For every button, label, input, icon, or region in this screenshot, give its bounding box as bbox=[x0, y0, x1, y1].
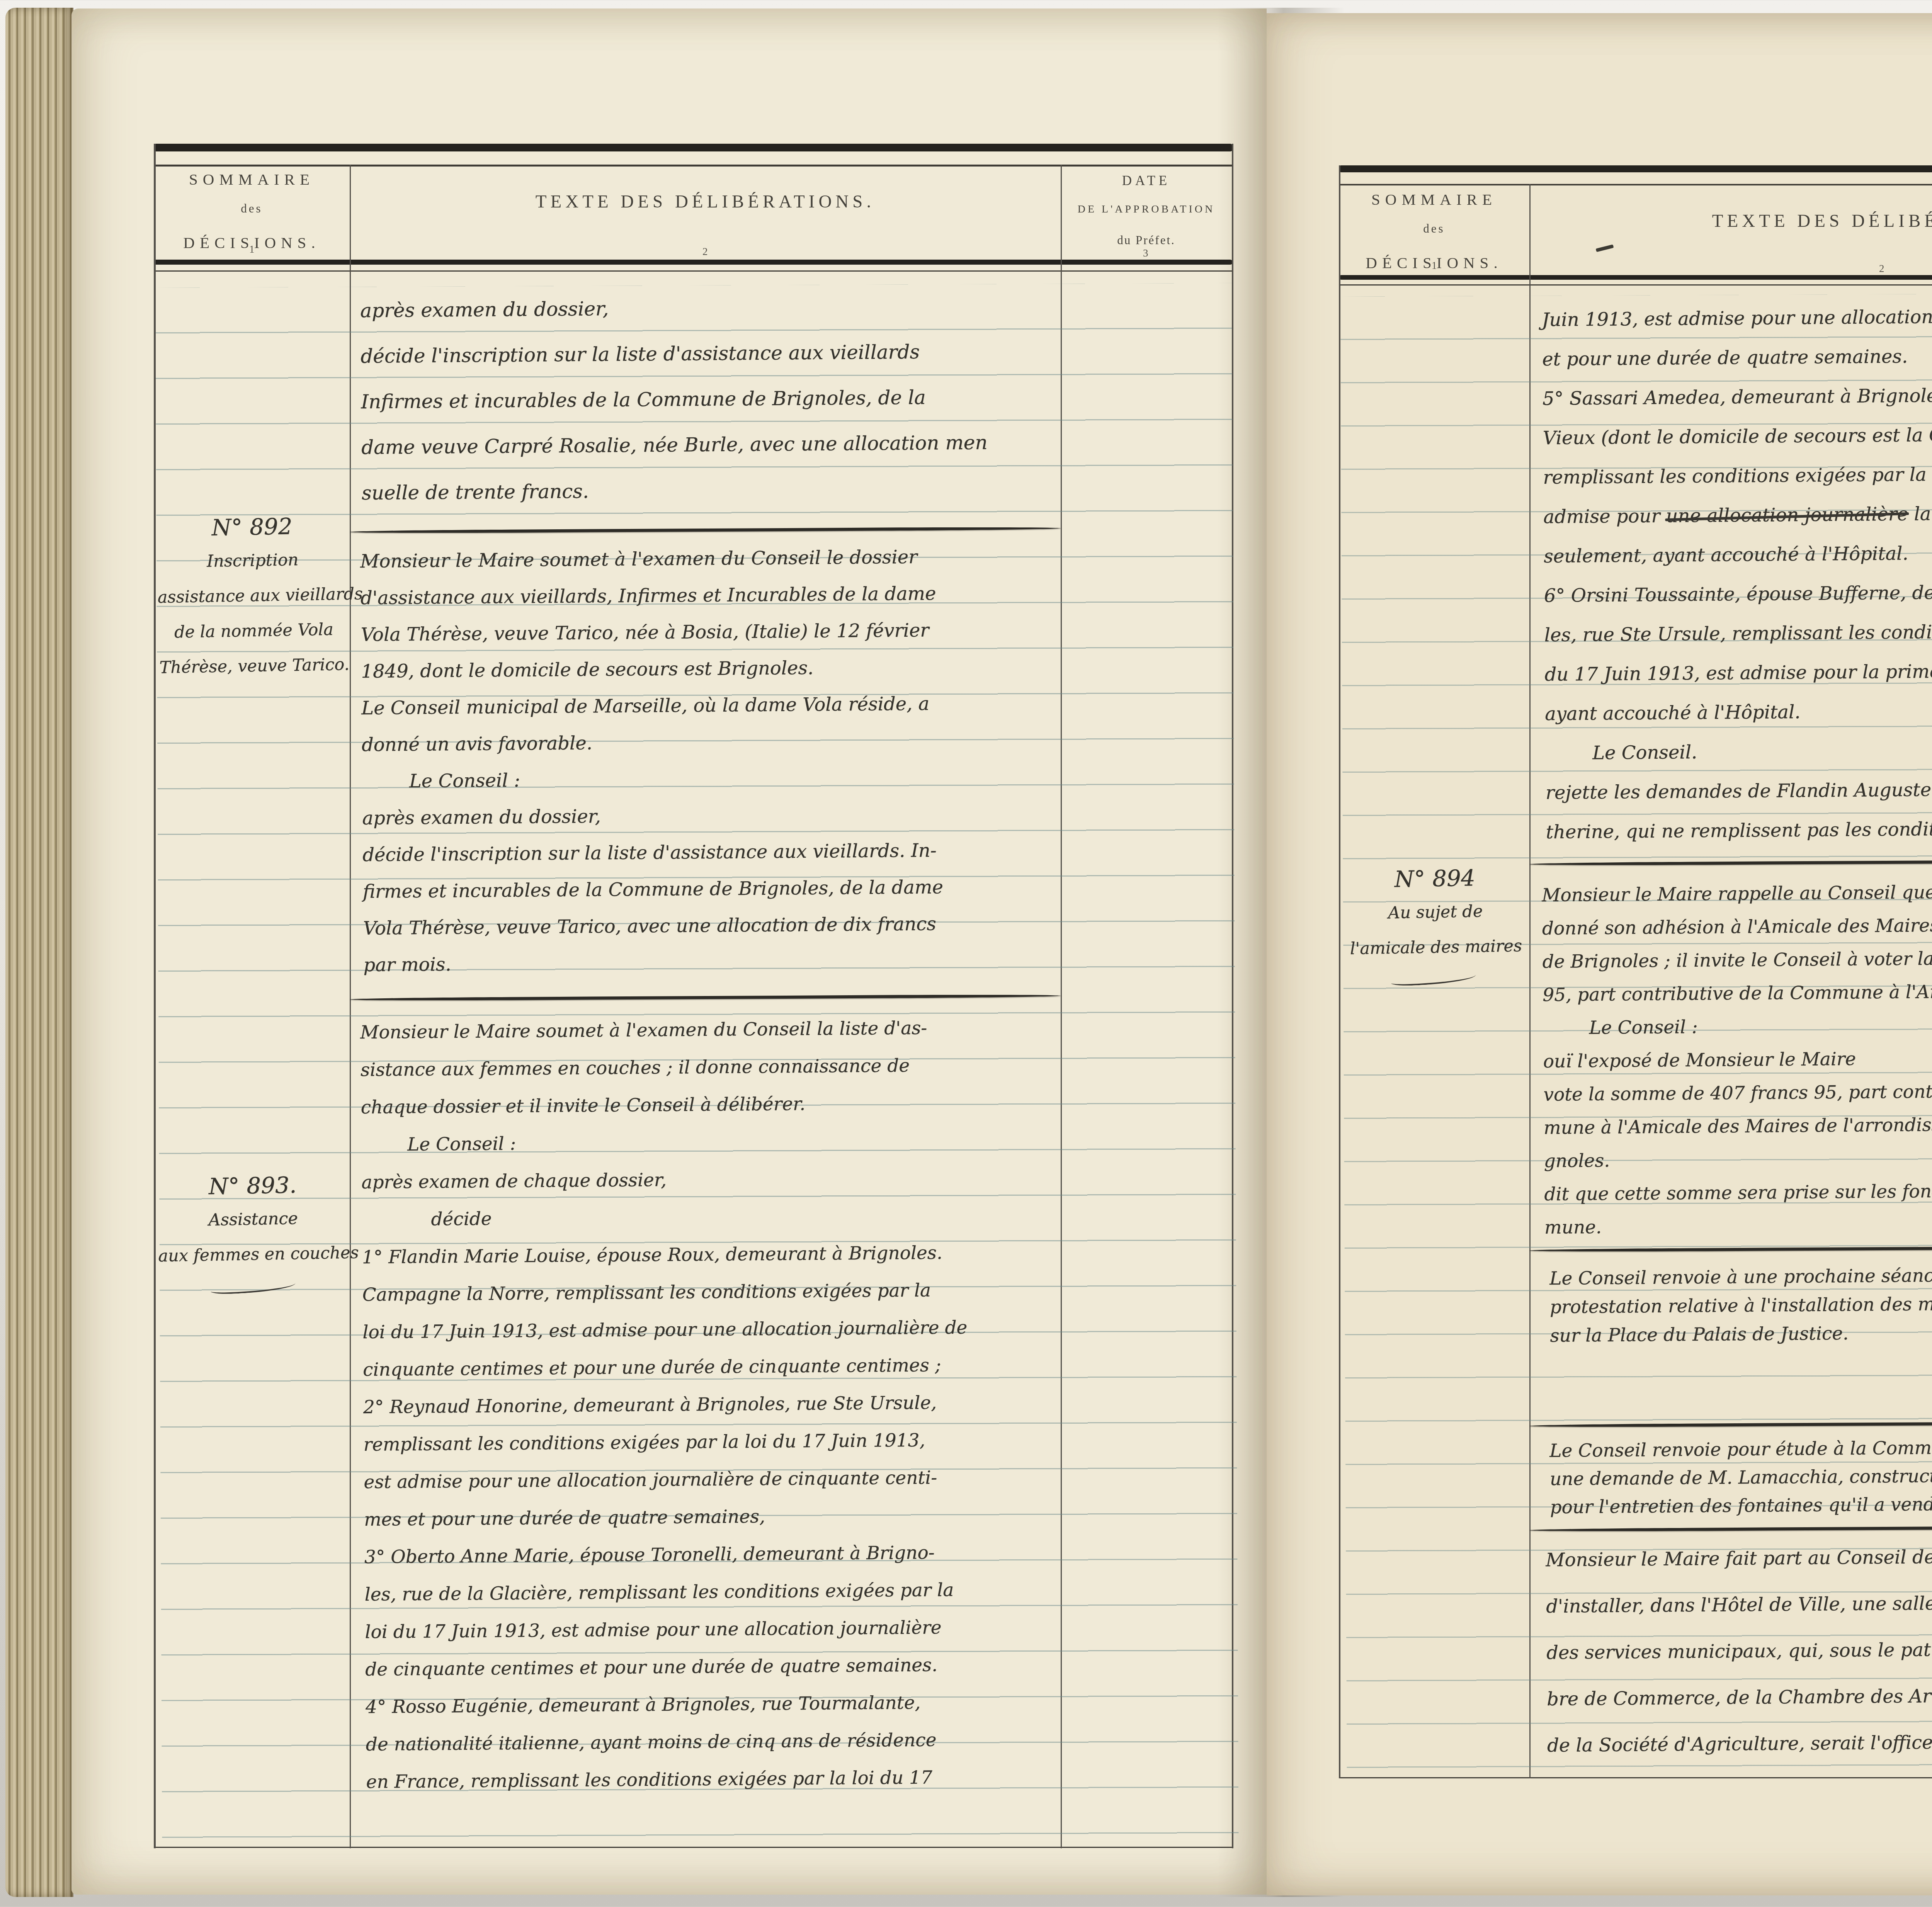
printed-header-line: DATE bbox=[1061, 173, 1232, 203]
handwritten-line: Monsieur le Maire soumet à l'examen du C… bbox=[360, 545, 1056, 587]
handwritten-line: bre de Commerce, de la Chambre des Arts … bbox=[1547, 1683, 1932, 1735]
handwritten-line: une demande de M. Lamacchia, constructeu… bbox=[1550, 1463, 1932, 1497]
handwritten-line: sistance aux femmes en couches ; il donn… bbox=[361, 1054, 1056, 1097]
handwritten-line: mes et pour une durée de quatre semaines… bbox=[364, 1504, 1060, 1547]
margin-note-line: Au sujet de bbox=[1341, 901, 1530, 939]
handwritten-line: remplissant les conditions exigées par l… bbox=[1543, 461, 1932, 506]
handwritten-line: décide bbox=[362, 1204, 1058, 1247]
handwritten-line: Le Conseil municipal de Marseille, où la… bbox=[361, 692, 1057, 734]
register-scan: SOMMAIREdesDÉCISIONS. TEXTE DES DÉLIBÉRA… bbox=[0, 0, 1932, 1907]
deliberation-text-block: Monsieur le Maire soumet à l'examen du C… bbox=[360, 545, 1059, 991]
handwritten-line: chaque dossier et il invite le Conseil à… bbox=[361, 1091, 1057, 1134]
handwritten-line: de Brignoles ; il invite le Conseil à vo… bbox=[1542, 946, 1932, 984]
handwritten-line: 6° Orsini Toussainte, épouse Bufferne, d… bbox=[1544, 580, 1932, 624]
handwritten-line: après examen du dossier, bbox=[360, 294, 1056, 345]
margin-note-line: N° 894 bbox=[1341, 864, 1529, 904]
handwritten-line: 2° Reynaud Honorine, demeurant à Brignol… bbox=[363, 1391, 1059, 1434]
handwritten-line: dit que cette somme sera prise sur les f… bbox=[1544, 1178, 1932, 1217]
handwritten-line: Juin 1913, est admise pour une allocatio… bbox=[1542, 304, 1932, 348]
handwritten-line: mune à l'Amicale des Maires de l'arrondi… bbox=[1544, 1112, 1932, 1151]
handwritten-line: 3° Oberto Anne Marie, épouse Toronelli, … bbox=[364, 1541, 1060, 1584]
handwritten-line: Monsieur le Maire rappelle au Conseil qu… bbox=[1542, 879, 1932, 918]
struck-text: une allocation journalière bbox=[1666, 503, 1908, 527]
handwritten-line: seulement, ayant accouché à l'Hôpital. bbox=[1544, 540, 1932, 585]
handwritten-line: de la Société d'Agriculture, serait l'of… bbox=[1547, 1729, 1932, 1781]
table-bottom-rule-left bbox=[154, 1847, 1233, 1848]
handwritten-line: Vieux (dont le domicile de secours est l… bbox=[1543, 422, 1932, 467]
handwritten-line: Le Conseil. bbox=[1545, 737, 1932, 782]
handwritten-line: dame veuve Carpré Rosalie, née Burle, av… bbox=[361, 431, 1057, 482]
handwritten-line: les, rue Ste Ursule, remplissant les con… bbox=[1544, 619, 1932, 664]
printed-header-line: DE L'APPROBATION bbox=[1061, 203, 1232, 233]
handwritten-line: Monsieur le Maire fait part au Conseil d… bbox=[1546, 1544, 1932, 1596]
printed-header-line: des bbox=[154, 202, 350, 233]
handwritten-line: rejette les demandes de Flandin Auguste … bbox=[1546, 777, 1932, 821]
printed-header-line: SOMMAIRE bbox=[154, 170, 350, 202]
handwritten-line: après examen du dossier, bbox=[362, 802, 1058, 844]
column-number: 1 bbox=[1432, 260, 1437, 272]
margin-note-line: aux femmes en couches bbox=[158, 1243, 350, 1282]
header-texte-left: TEXTE DES DÉLIBÉRATIONS. bbox=[350, 191, 1061, 212]
handwritten-line: Le Conseil : bbox=[1543, 1012, 1932, 1051]
handwritten-line: du 17 Juin 1913, est admise pour la prim… bbox=[1544, 658, 1932, 703]
handwritten-line: pour l'entretien des fontaines qu'il a v… bbox=[1550, 1491, 1932, 1525]
handwritten-line: en France, remplissant les conditions ex… bbox=[366, 1766, 1062, 1809]
deliberation-text-block: après examen du dossier,décide l'inscrip… bbox=[360, 294, 1058, 527]
deliberation-text-block: Monsieur le Maire rappelle au Conseil qu… bbox=[1542, 879, 1932, 1250]
handwritten-line: vote la somme de 407 francs 95, part con… bbox=[1543, 1079, 1932, 1117]
handwritten-line: d'installer, dans l'Hôtel de Ville, une … bbox=[1546, 1590, 1932, 1642]
handwritten-line: les, rue de la Glacière, remplissant les… bbox=[364, 1579, 1060, 1621]
table-border-left bbox=[154, 144, 156, 1848]
book-page-edges bbox=[5, 8, 73, 1897]
margin-note-line: N° 893. bbox=[157, 1171, 349, 1212]
column-number: 2 bbox=[1879, 263, 1884, 275]
deliberation-text-block: Le Conseil renvoie pour étude à la Commi… bbox=[1549, 1435, 1932, 1525]
handwritten-line: protestation relative à l'installation d… bbox=[1550, 1291, 1932, 1325]
deliberation-text-block: Le Conseil renvoie à une prochaine séanc… bbox=[1549, 1263, 1932, 1354]
margin-note-line: l'amicale des maires bbox=[1342, 936, 1531, 974]
handwritten-line: 1° Flandin Marie Louise, épouse Roux, de… bbox=[362, 1241, 1058, 1284]
handwritten-line: et pour une durée de quatre semaines. bbox=[1542, 343, 1932, 388]
decision-number-note: N° 893.Assistanceaux femmes en couches bbox=[157, 1171, 350, 1282]
handwritten-line: ouï l'exposé de Monsieur le Maire bbox=[1543, 1045, 1932, 1084]
handwritten-line: Monsieur le Maire soumet à l'examen du C… bbox=[360, 1016, 1056, 1059]
handwritten-line: 4° Rosso Eugénie, demeurant à Brignoles,… bbox=[366, 1691, 1061, 1734]
top-rule-thin-right bbox=[1339, 184, 1932, 185]
printed-header-line: des bbox=[1339, 222, 1529, 253]
handwritten-line: est admise pour une allocation journaliè… bbox=[364, 1466, 1060, 1509]
handwritten-line: firmes et incurables de la Commune de Br… bbox=[363, 875, 1059, 918]
handwritten-line: Infirmes et incurables de la Commune de … bbox=[361, 385, 1057, 436]
handwritten-line: décide l'inscription sur la liste d'assi… bbox=[361, 340, 1056, 391]
handwritten-line: therine, qui ne remplissent pas les cond… bbox=[1546, 816, 1932, 861]
handwritten-line: mune. bbox=[1544, 1212, 1932, 1250]
handwritten-line: donné un avis favorable. bbox=[362, 729, 1058, 771]
deliberation-text-block: Monsieur le Maire soumet à l'examen du C… bbox=[360, 1016, 1062, 1809]
handwritten-line: suelle de trente francs. bbox=[362, 476, 1058, 527]
column-number: 1 bbox=[249, 243, 255, 255]
handwritten-line: des services municipaux, qui, sous le pa… bbox=[1546, 1637, 1932, 1688]
handwritten-line: donné son adhésion à l'Amicale des Maire… bbox=[1542, 913, 1932, 951]
decision-number-note: N° 894Au sujet del'amicale des maires bbox=[1341, 864, 1531, 974]
handwritten-line: d'assistance aux vieillards, Infirmes et… bbox=[361, 582, 1056, 624]
margin-note-line: N° 892 bbox=[156, 512, 348, 553]
handwritten-line: Le Conseil renvoie à une prochaine séanc… bbox=[1549, 1263, 1932, 1297]
deliberation-text-block: Juin 1913, est admise pour une allocatio… bbox=[1542, 304, 1932, 861]
handwritten-line: loi du 17 Juin 1913, est admise pour une… bbox=[362, 1316, 1058, 1359]
handwritten-line: loi du 17 Juin 1913, est admise pour une… bbox=[365, 1616, 1061, 1659]
margin-note-line: assistance aux vieillards bbox=[157, 585, 349, 623]
handwritten-line: Le Conseil : bbox=[361, 1129, 1057, 1172]
handwritten-line: après examen de chaque dossier, bbox=[361, 1166, 1057, 1209]
handwritten-line: 95, part contributive de la Commune à l'… bbox=[1543, 979, 1932, 1018]
handwritten-line: Le Conseil : bbox=[362, 765, 1058, 807]
table-border-left bbox=[1339, 165, 1340, 1778]
margin-note-line: Inscription bbox=[157, 549, 349, 588]
column-number: 3 bbox=[1143, 247, 1148, 259]
handwritten-line: cinquante centimes et pour une durée de … bbox=[363, 1354, 1059, 1397]
handwritten-line: sur la Place du Palais de Justice. bbox=[1550, 1320, 1932, 1354]
handwritten-line: Vola Thérèse, veuve Tarico, avec une all… bbox=[363, 912, 1059, 954]
handwritten-line: remplissant les conditions exigées par l… bbox=[363, 1429, 1059, 1472]
handwritten-line: ayant accouché à l'Hôpital. bbox=[1545, 698, 1932, 743]
top-rule-thin-left bbox=[154, 165, 1233, 167]
header-bottom-rule2-left bbox=[154, 270, 1233, 272]
handwritten-line: de cinquante centimes et pour une durée … bbox=[365, 1654, 1061, 1696]
handwritten-line: par mois. bbox=[363, 949, 1059, 991]
handwritten-line: 1849, dont le domicile de secours est Br… bbox=[361, 655, 1057, 697]
top-rule-thick-left bbox=[154, 144, 1233, 151]
header-texte-right: TEXTE DES DÉLIBÉRATIONS. bbox=[1529, 211, 1932, 231]
handwritten-line: Le Conseil renvoie pour étude à la Commi… bbox=[1549, 1435, 1932, 1468]
top-rule-thick-right bbox=[1339, 165, 1932, 172]
handwritten-line: gnoles. bbox=[1544, 1145, 1932, 1184]
deliberation-text-block: Monsieur le Maire fait part au Conseil d… bbox=[1546, 1544, 1932, 1781]
handwritten-line: Campagne la Norre, remplissant les condi… bbox=[362, 1279, 1058, 1322]
margin-note-line: Thérèse, veuve Tarico. bbox=[158, 655, 350, 693]
printed-header-line: SOMMAIRE bbox=[1339, 190, 1529, 222]
handwritten-line: de nationalité italienne, ayant moins de… bbox=[366, 1729, 1061, 1771]
handwritten-line: admise pour une allocation journalière l… bbox=[1543, 501, 1932, 546]
decision-number-note: N° 892Inscriptionassistance aux vieillar… bbox=[156, 512, 350, 693]
margin-note-line: de la nommée Vola bbox=[158, 620, 350, 658]
handwritten-line: 5° Sassari Amedea, demeurant à Brignoles… bbox=[1543, 382, 1932, 427]
margin-note-line: Assistance bbox=[157, 1208, 349, 1247]
column-number: 2 bbox=[702, 246, 708, 258]
handwritten-line: Vola Thérèse, veuve Tarico, née à Bosia,… bbox=[361, 619, 1056, 661]
handwritten-line: décide l'inscription sur la liste d'assi… bbox=[362, 839, 1058, 881]
